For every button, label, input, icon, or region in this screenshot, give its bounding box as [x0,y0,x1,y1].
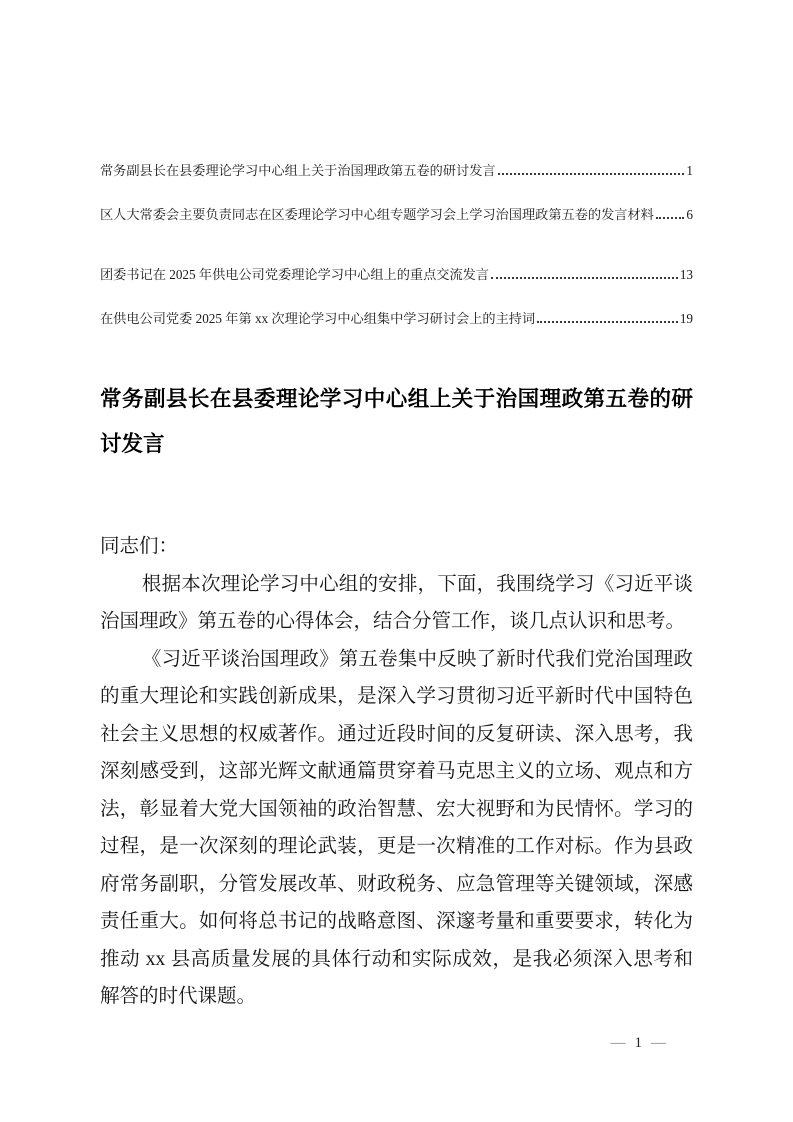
toc-entry-page-number: 1 [686,161,693,181]
toc-entry: 团委书记在 2025 年供电公司党委理论学习中心组上的重点交流发言 13 [100,265,693,285]
toc-entry-page-number: 6 [686,205,693,225]
toc-entry-title: 区人大常委会主要负责同志在区委理论学习中心组专题学习会上学习治国理政第五卷的发言… [100,205,654,225]
article-title: 常务副县长在县委理论学习中心组上关于治国理政第五卷的研讨发言 [100,377,693,467]
toc-dot-leader [498,173,685,175]
toc-dot-leader [537,321,678,323]
salutation: 同志们： [100,528,693,566]
table-of-contents: 常务副县长在县委理论学习中心组上关于治国理政第五卷的研讨发言 1 区人大常委会主… [100,161,693,329]
toc-entry: 区人大常委会主要负责同志在区委理论学习中心组专题学习会上学习治国理政第五卷的发言… [100,205,693,225]
page-number-value: 1 [635,1035,644,1051]
toc-entry-title: 在供电公司党委 2025 年第 xx 次理论学习中心组集中学习研讨会上的主持词 [100,309,535,329]
page-number-right-dash: — [643,1035,675,1051]
toc-dot-leader [491,277,678,279]
toc-entry-title: 团委书记在 2025 年供电公司党委理论学习中心组上的重点交流发言 [100,265,489,285]
page-number-left-dash: — [603,1035,635,1051]
toc-entry: 在供电公司党委 2025 年第 xx 次理论学习中心组集中学习研讨会上的主持词 … [100,309,693,329]
toc-entry: 常务副县长在县委理论学习中心组上关于治国理政第五卷的研讨发言 1 [100,161,693,181]
toc-entry-page-number: 13 [680,265,693,285]
toc-dot-leader [656,217,685,219]
toc-entry-page-number: 19 [680,309,693,329]
document-page: 常务副县长在县委理论学习中心组上关于治国理政第五卷的研讨发言 1 区人大常委会主… [0,0,793,1122]
body-paragraph: 根据本次理论学习中心组的安排，下面，我围绕学习《习近平谈治国理政》第五卷的心得体… [100,566,693,641]
article-body: 同志们： 根据本次理论学习中心组的安排，下面，我围绕学习《习近平谈治国理政》第五… [100,528,693,1016]
page-number: —1— [603,1033,676,1053]
toc-entry-title: 常务副县长在县委理论学习中心组上关于治国理政第五卷的研讨发言 [100,161,496,181]
body-paragraph: 《习近平谈治国理政》第五卷集中反映了新时代我们党治国理政的重大理论和实践创新成果… [100,641,693,1016]
